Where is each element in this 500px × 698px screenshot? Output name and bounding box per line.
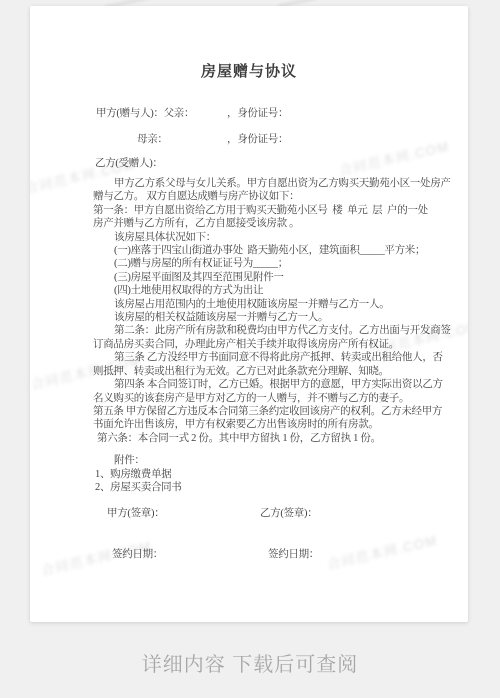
document-body: 甲方乙方系父母与女儿关系。甲方自愿出资为乙方购买天勤苑小区一处房产赠与乙方。 双… [93, 177, 468, 494]
document-line: 该房屋具体状况如下： [93, 231, 468, 244]
party-b-signature-label: 乙方(签章)： [260, 505, 317, 520]
document-line: 则抵押、转卖或出租行为无效。乙方已对此条款充分理解、知晓。 [93, 365, 468, 378]
document-line: 第六条：本合同一式 2 份。其中甲方留执 1 份，乙方留执 1 份。 [93, 432, 468, 445]
signing-date-row: 签约日期： 签约日期： [30, 546, 468, 559]
document-line: 第四条 本合同签订时，乙方已婚。根据甲方的意愿，甲方实际出资以乙方 [93, 378, 468, 391]
party-a-mother-row: 母亲： ，身份证号： [30, 131, 468, 144]
document-line: 该房屋占用范围内的土地使用权随该房屋一并赠与乙方一人。 [93, 298, 468, 311]
party-a-mother-id-label: ，身份证号： [227, 131, 288, 146]
document-line: 第二条：此房产所有房款和税费均由甲方代乙方支付。乙方出面与开发商签 [93, 324, 468, 337]
party-b-label: 乙方(受赠人)： [95, 155, 163, 170]
document-line: 甲方乙方系父母与女儿关系。甲方自愿出资为乙方购买天勤苑小区一处房产 [93, 177, 468, 190]
document-content: 房屋赠与协议 甲方(赠与人)：父亲： ，身份证号： 母亲： ，身份证号： 乙方(… [30, 64, 468, 559]
document-line: 名义购买的该套房产是甲方对乙方的一人赠与，并不赠与乙方的妻子。 [93, 392, 468, 405]
party-a-date-label: 签约日期： [112, 546, 163, 561]
party-a-father-label: 甲方(赠与人)：父亲： [96, 105, 194, 120]
document-line: 1、购房缴费单据 [93, 468, 468, 481]
document-line: (三)房屋平面图及其四至范围见附件一 [93, 271, 468, 284]
party-a-signature-label: 甲方(签章)： [107, 505, 164, 520]
document-line: (一)座落于四宝山街道办事处 路天勤苑小区，建筑面积_____平方米； [93, 244, 468, 257]
document-line: 房产并赠与乙方所有，乙方自愿接受该房款 。 [93, 217, 468, 230]
document-line: (二)赠与房屋的所有权证证号为_____； [93, 257, 468, 270]
document-line: (四)土地使用权取得的方式为出让 [93, 284, 468, 297]
document-line: 第一条：甲方自愿出资给乙方用于购买天勤苑小区号 楼 单元 层 户的一处 [93, 204, 468, 217]
party-a-row: 甲方(赠与人)：父亲： ，身份证号： [30, 105, 468, 118]
document-line: 书面允许出售该房，甲方有权索要乙方出售该房时的所有房款。 [93, 418, 468, 431]
party-a-father-id-label: ，身份证号： [227, 105, 288, 120]
document-line: 第三条 乙方没经甲方书面同意不得将此房产抵押、转卖或出租给他人，否 [93, 351, 468, 364]
preview-caption: 详细内容 下载后可查阅 [0, 648, 500, 677]
party-a-mother-label: 母亲： [137, 131, 168, 146]
document-title: 房屋赠与协议 [30, 64, 468, 80]
document-page-preview[interactable]: 合同范本网.COM 合同范本网.COM 合同范本网.COM 合同范本网.COM … [30, 6, 468, 622]
document-line: 该房屋的相关权益随该房屋一并赠与乙方一人。 [93, 311, 468, 324]
document-line: 订商品房买卖合同，办理此房产相关手续并取得该房房产所有权证。 [93, 338, 468, 351]
party-b-row: 乙方(受赠人)： [30, 155, 468, 168]
document-line: 第五条 甲方保留乙方违反本合同第三条约定收回该房产的权利。乙方未经甲方 [93, 405, 468, 418]
document-line: 附件： [93, 454, 468, 467]
signature-row: 甲方(签章)： 乙方(签章)： [30, 505, 468, 518]
document-line: 赠与乙方。 双方自愿达成赠与房产协议如下： [93, 190, 468, 203]
party-b-date-label: 签约日期： [268, 546, 319, 561]
document-line: 2、房屋买卖合同书 [93, 481, 468, 494]
